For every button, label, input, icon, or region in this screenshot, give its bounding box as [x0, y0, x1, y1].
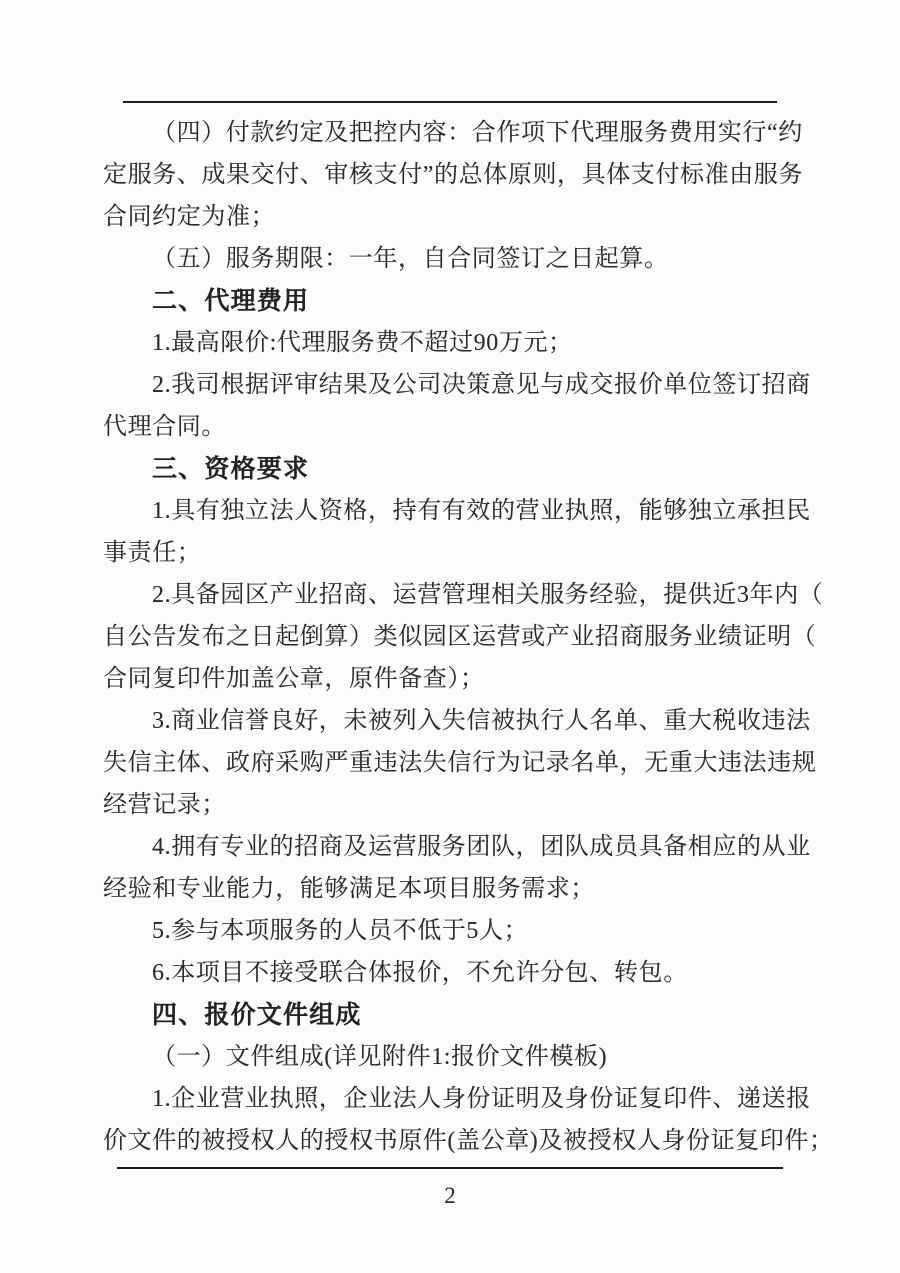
section-heading-agency-fee: 二、代理费用	[103, 280, 819, 322]
paragraph-line: 价文件的被授权人的授权书原件(盖公章)及被授权人身份证复印件；	[103, 1120, 819, 1162]
section-heading-quotation-documents: 四、报价文件组成	[103, 994, 819, 1036]
subsection-title: （一）文件组成(详见附件1:报价文件模板)	[103, 1036, 819, 1078]
list-item: 5.参与本项服务的人员不低于5人；	[103, 910, 819, 952]
section-heading-qualifications: 三、资格要求	[103, 448, 819, 490]
list-item: 1.最高限价:代理服务费不超过90万元；	[103, 322, 819, 364]
list-item: 6.本项目不接受联合体报价，不允许分包、转包。	[103, 952, 819, 994]
list-item: 2.我司根据评审结果及公司决策意见与成交报价单位签订招商	[103, 364, 819, 406]
paragraph-line: 代理合同。	[103, 406, 819, 448]
header-rule	[123, 101, 777, 103]
document-body: （四）付款约定及把控内容：合作项下代理服务费用实行“约 定服务、成果交付、审核支…	[103, 112, 819, 1162]
paragraph-line: 合同约定为准；	[103, 196, 819, 238]
list-item: 4.拥有专业的招商及运营服务团队，团队成员具备相应的从业	[103, 826, 819, 868]
list-item: 1.具有独立法人资格，持有有效的营业执照，能够独立承担民	[103, 490, 819, 532]
paragraph-line: （四）付款约定及把控内容：合作项下代理服务费用实行“约	[103, 112, 819, 154]
paragraph-line: 定服务、成果交付、审核支付”的总体原则，具体支付标准由服务	[103, 154, 819, 196]
list-item: 1.企业营业执照，企业法人身份证明及身份证复印件、递送报	[103, 1078, 819, 1120]
footer-rule	[117, 1167, 783, 1169]
paragraph-line: （五）服务期限：一年，自合同签订之日起算。	[103, 238, 819, 280]
paragraph-line: 合同复印件加盖公章，原件备查）；	[103, 658, 819, 700]
paragraph-line: 自公告发布之日起倒算）类似园区运营或产业招商服务业绩证明（	[103, 616, 819, 658]
paragraph-line: 经验和专业能力，能够满足本项目服务需求；	[103, 868, 819, 910]
list-item: 3.商业信誉良好，未被列入失信被执行人名单、重大税收违法	[103, 700, 819, 742]
list-item: 2.具备园区产业招商、运营管理相关服务经验，提供近3年内（	[103, 574, 819, 616]
paragraph-line: 经营记录；	[103, 784, 819, 826]
paragraph-line: 事责任；	[103, 532, 819, 574]
paragraph-line: 失信主体、政府采购严重违法失信行为记录名单，无重大违法违规	[103, 742, 819, 784]
page-number: 2	[0, 1183, 900, 1209]
scanned-document-page: （四）付款约定及把控内容：合作项下代理服务费用实行“约 定服务、成果交付、审核支…	[0, 0, 900, 1273]
